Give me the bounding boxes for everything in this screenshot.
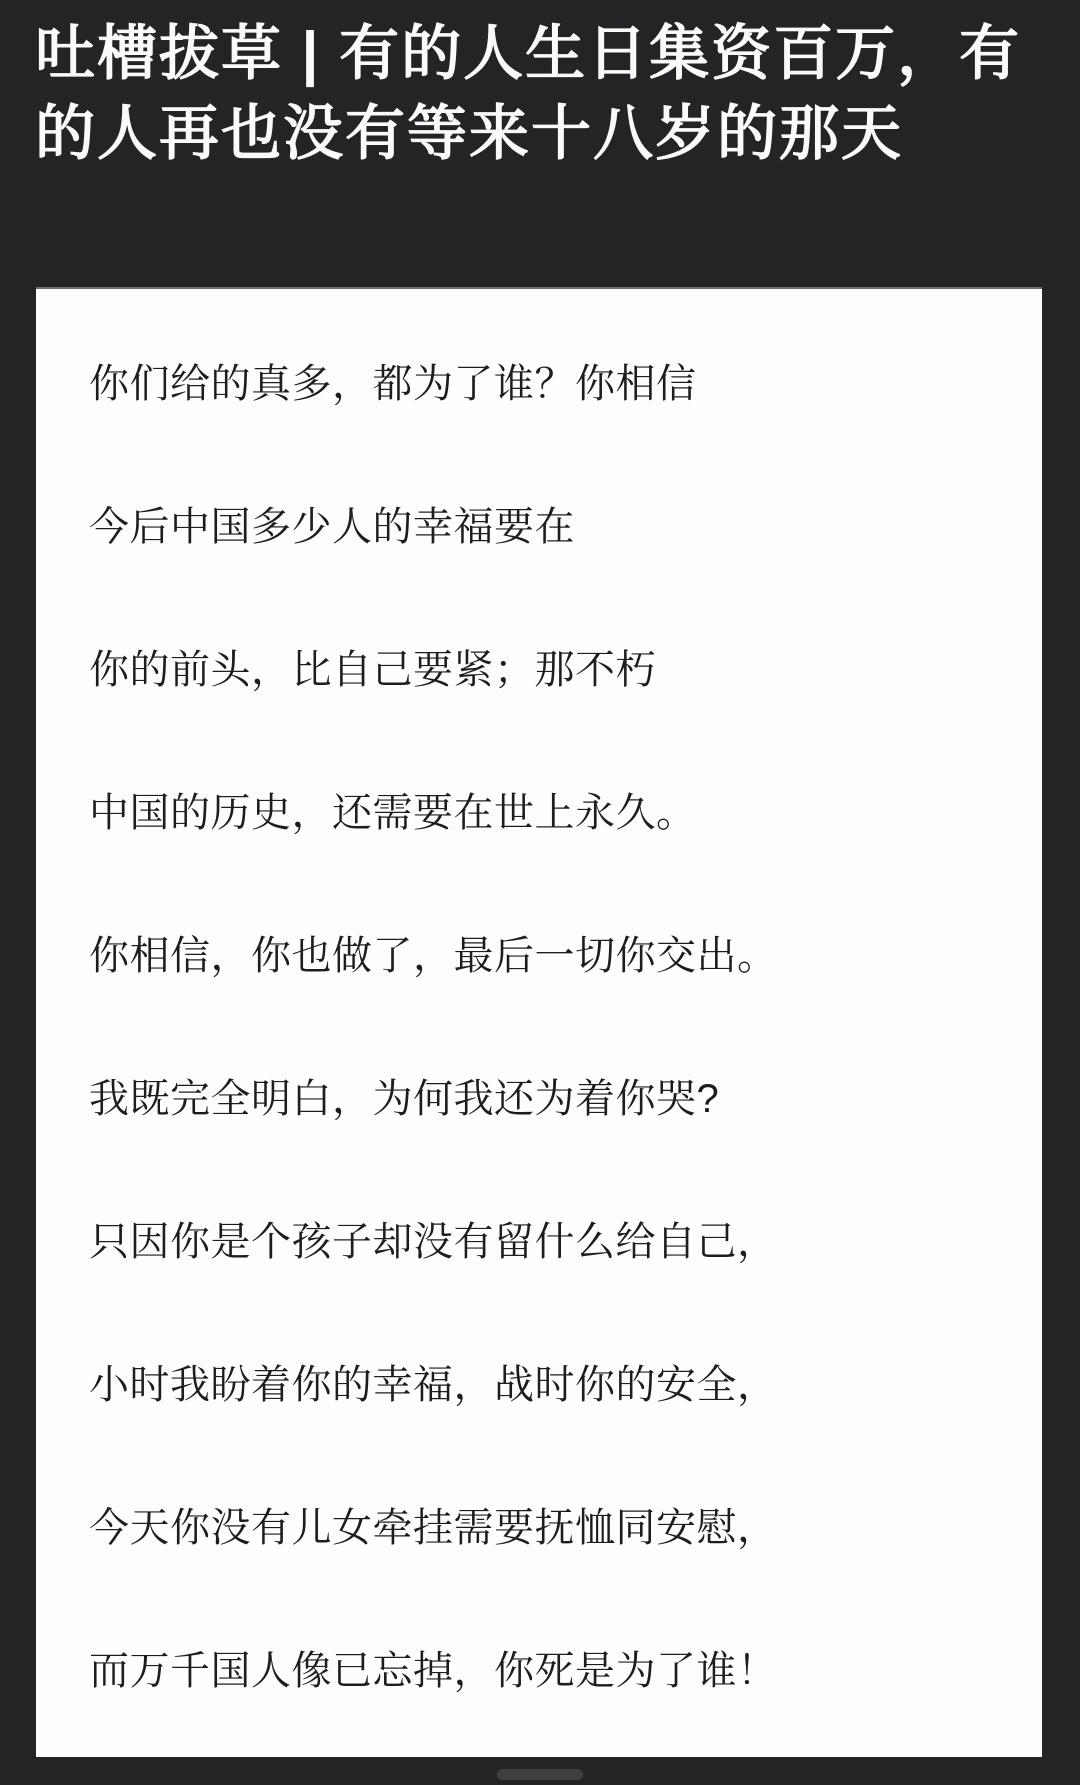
poem-line-1: 你们给的真多，都为了谁？你相信 <box>89 313 1014 456</box>
poem-line-4: 中国的历史，还需要在世上永久。 <box>89 742 1014 885</box>
page-title-line-1: 吐槽拔草 | 有的人生日集资百万，有 <box>35 14 1050 94</box>
poem-line-10: 而万千国人像已忘掉，你死是为了谁！ <box>89 1600 1014 1743</box>
page-title: 吐槽拔草 | 有的人生日集资百万，有 的人再也没有等来十八岁的那天 <box>35 14 1050 174</box>
poem-line-7: 只因你是个孩子却没有留什么给自己， <box>89 1171 1014 1314</box>
home-indicator-handle[interactable] <box>497 1769 583 1780</box>
poem-line-2: 今后中国多少人的幸福要在 <box>89 456 1014 599</box>
poem-image-card[interactable]: 你们给的真多，都为了谁？你相信 今后中国多少人的幸福要在 你的前头，比自己要紧；… <box>36 287 1042 1757</box>
poem-line-5: 你相信，你也做了，最后一切你交出。 <box>89 885 1014 1028</box>
poem-line-9: 今天你没有儿女牵挂需要抚恤同安慰， <box>89 1457 1014 1600</box>
post-screen: 吐槽拔草 | 有的人生日集资百万，有 的人再也没有等来十八岁的那天 你们给的真多… <box>0 0 1080 1785</box>
poem-line-6: 我既完全明白，为何我还为着你哭? <box>89 1028 1014 1171</box>
page-title-line-2: 的人再也没有等来十八岁的那天 <box>35 94 1050 174</box>
poem-line-3: 你的前头，比自己要紧；那不朽 <box>89 599 1014 742</box>
poem-line-8: 小时我盼着你的幸福，战时你的安全， <box>89 1314 1014 1457</box>
